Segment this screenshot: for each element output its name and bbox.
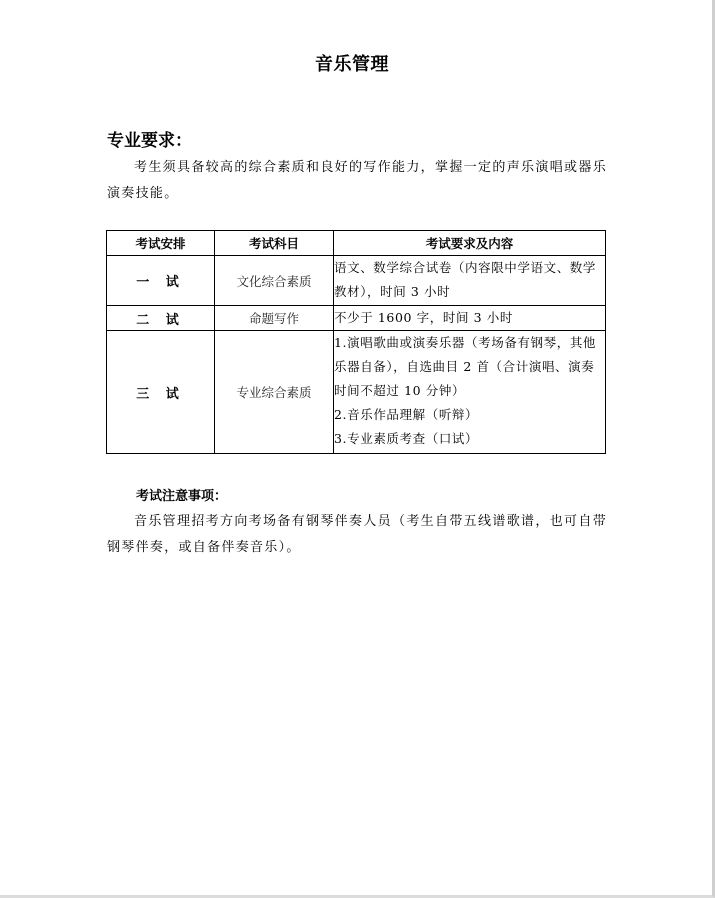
content-line: 1.演唱歌曲或演奏乐器（考场备有钢琴，其他乐器自备），自选曲目 2 首（合计演唱…: [334, 331, 605, 403]
content-cell: 1.演唱歌曲或演奏乐器（考场备有钢琴，其他乐器自备），自选曲目 2 首（合计演唱…: [334, 331, 606, 454]
header-exam-requirements: 考试要求及内容: [334, 231, 606, 256]
stage-cell: 二 试: [107, 306, 215, 331]
subject-cell: 命题写作: [215, 306, 334, 331]
table-row: 二 试 命题写作 不少于 1600 字，时间 3 小时: [107, 306, 606, 331]
table-row: 一 试 文化综合素质 语文、数学综合试卷（内容限中学语文、数学教材），时间 3 …: [107, 256, 606, 306]
stage-cell: 一 试: [107, 256, 215, 306]
exam-schedule-table: 考试安排 考试科目 考试要求及内容 一 试 文化综合素质 语文、数学综合试卷（内…: [106, 230, 606, 454]
section-heading-requirements: 专业要求：: [107, 126, 192, 151]
requirements-paragraph: 考生须具备较高的综合素质和良好的写作能力，掌握一定的声乐演唱或器乐演奏技能。: [107, 155, 607, 207]
page-title: 音乐管理: [0, 50, 704, 76]
subject-cell: 专业综合素质: [215, 331, 334, 454]
document-page: 音乐管理 专业要求： 考生须具备较高的综合素质和良好的写作能力，掌握一定的声乐演…: [0, 0, 715, 898]
header-exam-subject: 考试科目: [215, 231, 334, 256]
stage-cell: 三 试: [107, 331, 215, 454]
notes-paragraph: 音乐管理招考方向考场备有钢琴伴奏人员（考生自带五线谱歌谱，也可自带钢琴伴奏，或自…: [107, 509, 607, 561]
notes-heading: 考试注意事项：: [136, 485, 227, 504]
content-line: 不少于 1600 字，时间 3 小时: [334, 306, 605, 330]
content-line: 语文、数学综合试卷（内容限中学语文、数学教材），时间 3 小时: [334, 256, 605, 304]
table-row: 三 试 专业综合素质 1.演唱歌曲或演奏乐器（考场备有钢琴，其他乐器自备），自选…: [107, 331, 606, 454]
content-line: 2.音乐作品理解（听辩）: [334, 403, 605, 427]
content-line: 3.专业素质考查（口试）: [334, 427, 605, 451]
subject-cell: 文化综合素质: [215, 256, 334, 306]
content-cell: 不少于 1600 字，时间 3 小时: [334, 306, 606, 331]
header-exam-arrangement: 考试安排: [107, 231, 215, 256]
content-cell: 语文、数学综合试卷（内容限中学语文、数学教材），时间 3 小时: [334, 256, 606, 306]
table-header-row: 考试安排 考试科目 考试要求及内容: [107, 231, 606, 256]
